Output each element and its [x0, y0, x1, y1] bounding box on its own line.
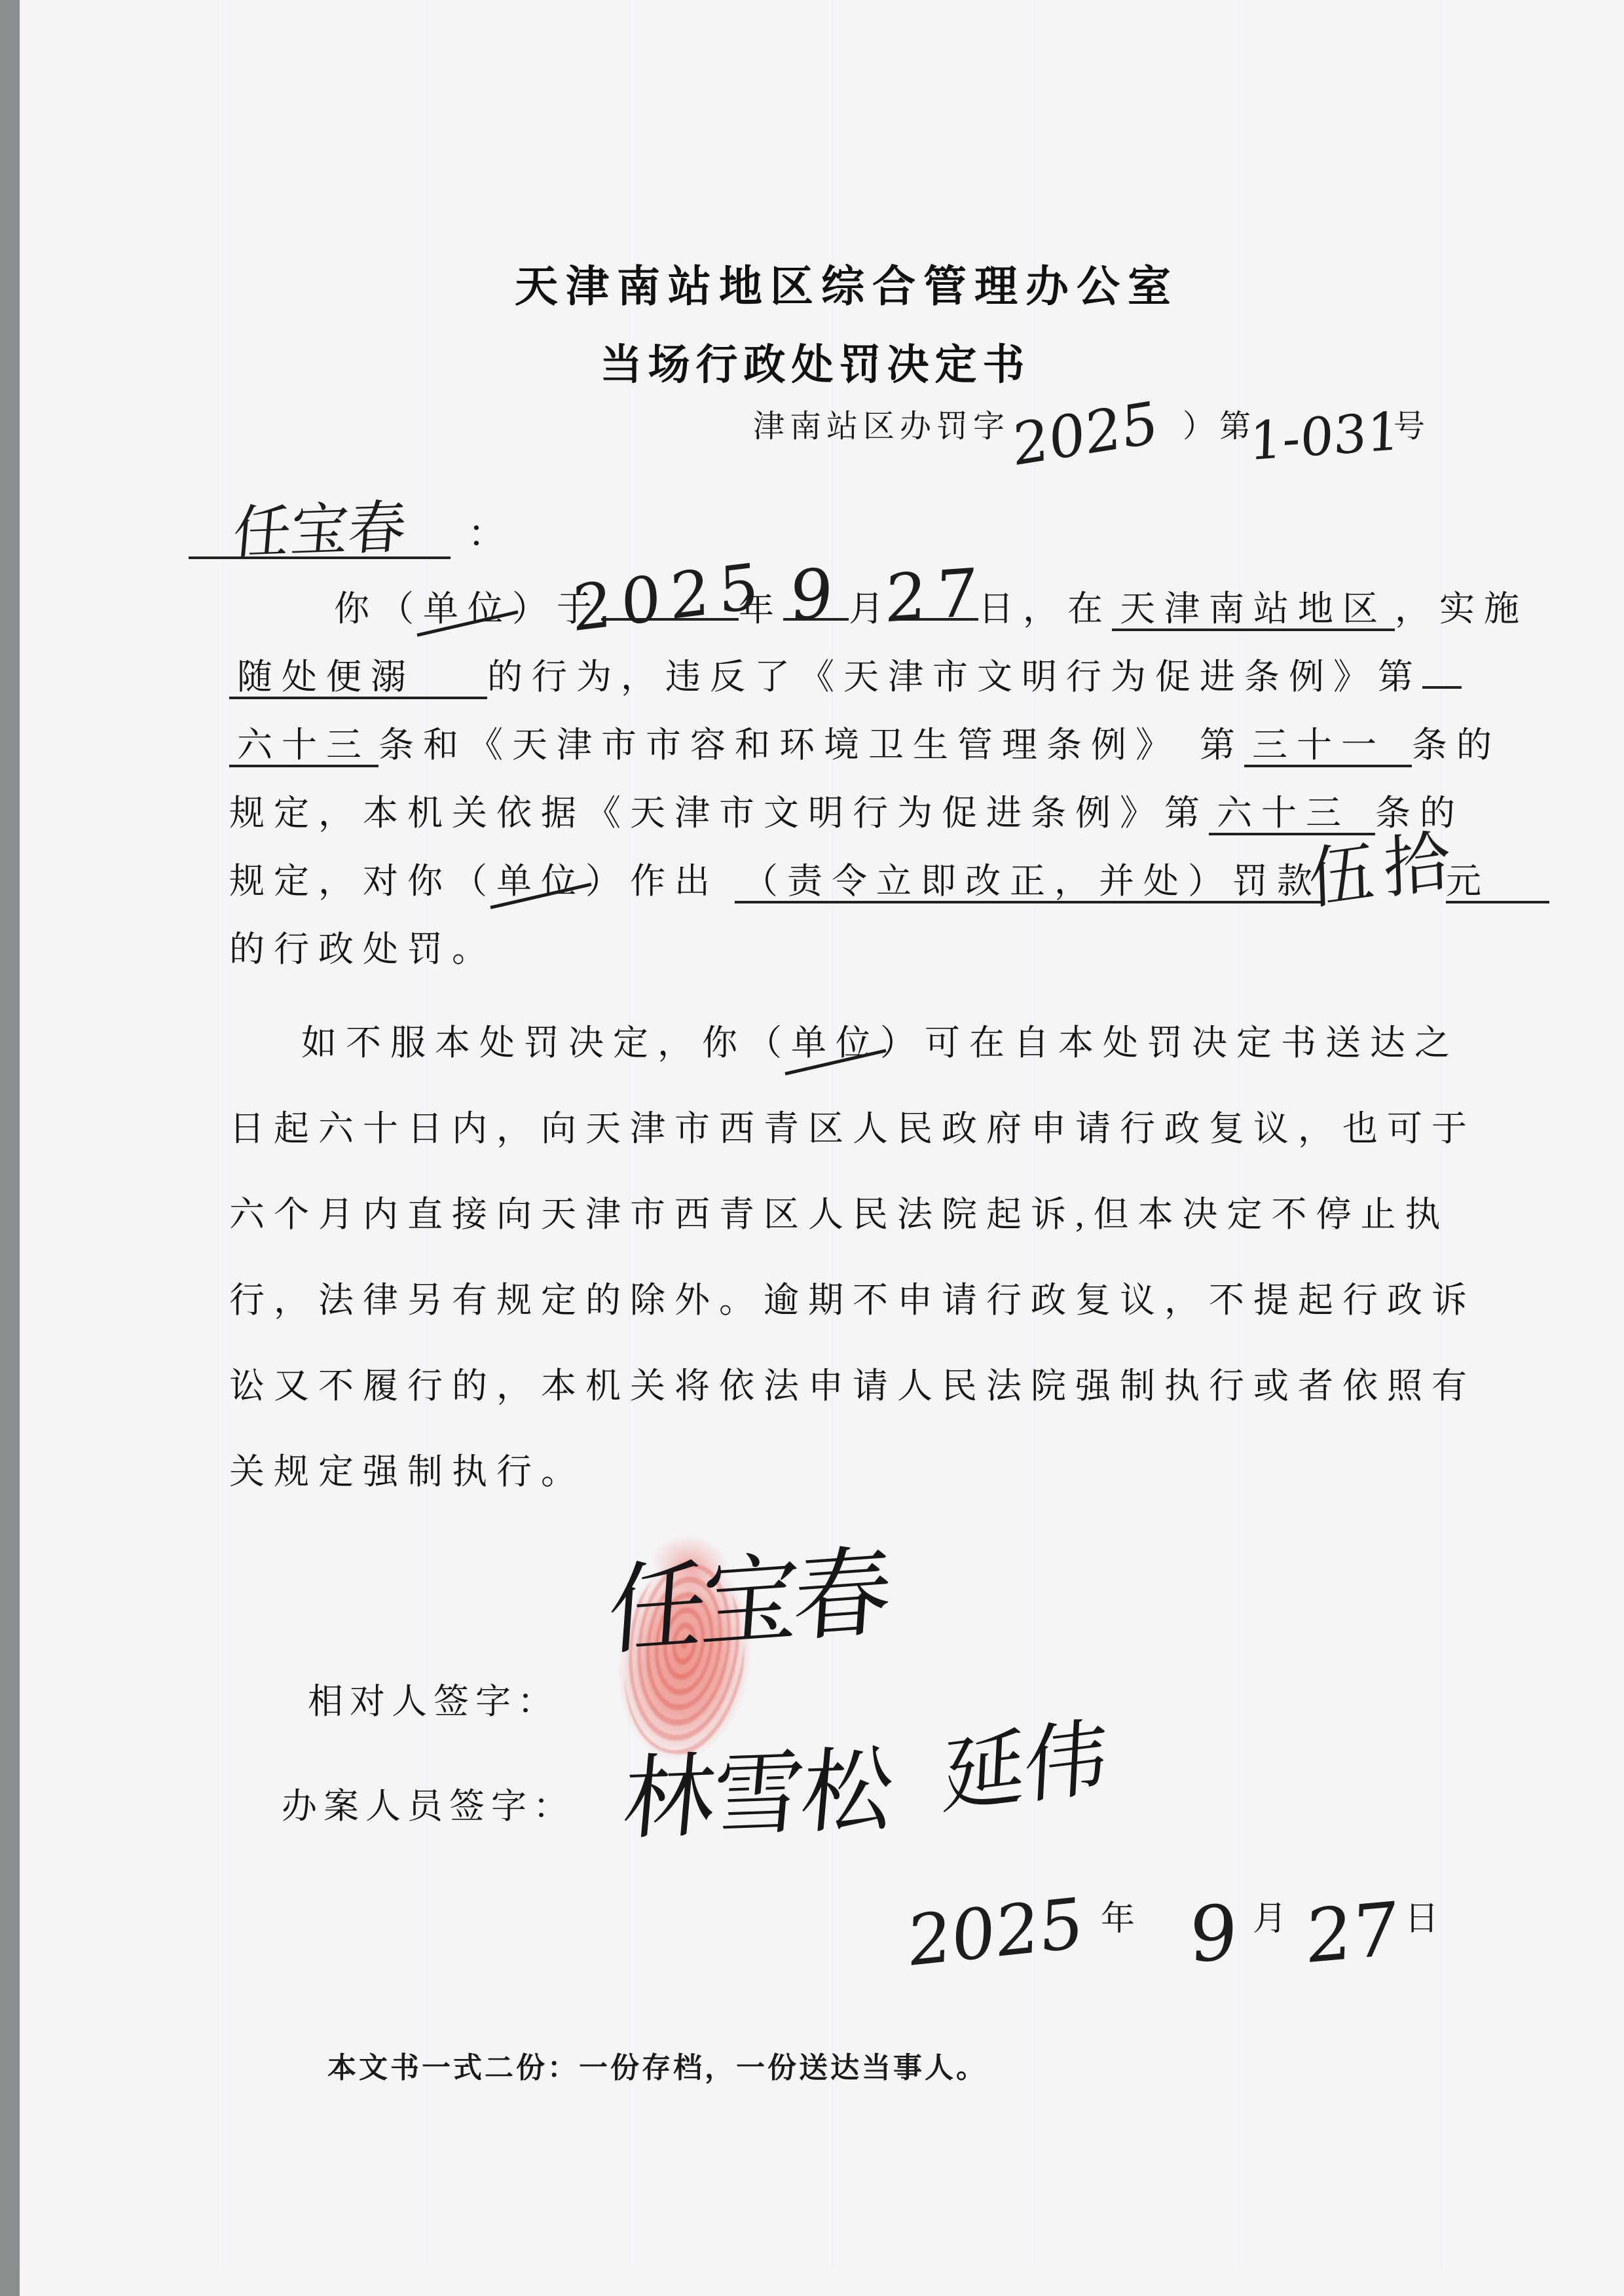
date-year-unit: 年: [1101, 1891, 1135, 1950]
date-month-handwritten: 9: [1174, 1898, 1253, 1950]
printed-text: 的行政处罚。: [229, 930, 496, 969]
officer-signature-2-handwritten: 延伟: [940, 1715, 1109, 1821]
printed-text: 讼又不履行的，本机关将依法申请人民法院强制执行或者依照有: [229, 1366, 1476, 1406]
docno-mid: ）第: [1183, 401, 1256, 452]
text-line: 规定，对你（单位）作出（责令立即改正，并处）罚款伍拾元: [229, 847, 1578, 915]
handwriting-ink: 9: [788, 559, 844, 630]
paragraph-2: 如不服本处罚决定，你（单位）可在自本处罚决定书送达之日起六十日内，向天津市西青区…: [229, 1000, 1578, 1515]
handwritten-entry: 2025: [601, 580, 739, 621]
text-line: 六个月内直接向天津市西青区人民法院起诉,但本决定不停止执: [229, 1172, 1578, 1258]
printed-text: 日，在: [978, 589, 1112, 629]
underlined-penalty-text: （责令立即改正，并处）罚款: [735, 862, 1321, 903]
struck-out-text: 单位: [791, 1000, 880, 1086]
docno-serial-handwritten: 1-031: [1256, 407, 1393, 452]
copies-note: 本文书一式二份：一份存档，一份送达当事人。: [327, 2044, 987, 2086]
text-line: 日起六十日内，向天津市西青区人民政府申请行政复议，也可于: [229, 1086, 1578, 1172]
text-line: 随处便溺的行为，违反了《天津市文明行为促进条例》第: [229, 643, 1578, 711]
docno-prefix: 津南站区办罚字: [753, 401, 1010, 452]
decision-date: 2025 年 9 月 27 日: [913, 1891, 1439, 1950]
printed-text: 条的: [1412, 725, 1501, 765]
party-signature-label: 相对人签字：: [308, 1673, 559, 1724]
document-number: 津南站区办罚字 2025 ）第 1-031 号: [753, 401, 1430, 452]
struck-out-text: 单位: [423, 575, 512, 643]
underlined-filled-blank: 随处便溺: [229, 657, 487, 699]
printed-text: 的行为，违反了《天津市文明行为促进条例》第: [487, 657, 1422, 697]
docno-year-handwritten: 2025: [1010, 407, 1160, 452]
date-month-unit: 月: [1253, 1891, 1287, 1950]
printed-text: 你（: [334, 589, 423, 629]
addressee-colon: ：: [468, 503, 506, 559]
printed-text: 条和《天津市市容和环境卫生管理条例》: [378, 725, 1180, 765]
printed-text: 关规定强制执行。: [229, 1452, 585, 1491]
printed-text: 如不服本处罚决定，你（: [301, 1023, 791, 1063]
blank-underline: [1422, 651, 1462, 689]
handwritten-entry: 27: [893, 580, 978, 621]
text-line: 关规定强制执行。: [229, 1429, 1578, 1515]
issuing-office-title: 天津南站地区综合管理办公室: [45, 251, 1624, 314]
date-year-handwritten: 2025: [913, 1898, 1077, 1950]
underlined-penalty-unit: 元: [1446, 862, 1549, 903]
officer-signature-label: 办案人员签字：: [282, 1778, 575, 1829]
underlined-filled-blank: 六十三: [1209, 793, 1375, 835]
underlined-filled-blank: 三十一: [1244, 725, 1412, 767]
addressee-line: 任宝春 ：: [189, 498, 506, 559]
date-day-unit: 日: [1405, 1891, 1439, 1950]
document-type-title: 当场行政处罚决定书: [13, 331, 1617, 392]
text-line: 如不服本处罚决定，你（单位）可在自本处罚决定书送达之: [229, 1000, 1578, 1086]
party-signature-handwritten: 任宝春: [604, 1543, 890, 1662]
printed-text: 六个月内直接向天津市西青区人民法院起诉,但本决定不停止执: [229, 1195, 1450, 1234]
underlined-filled-blank: 六十三: [229, 725, 378, 767]
scanned-penalty-document: 天津南站地区综合管理办公室 当场行政处罚决定书 津南站区办罚字 2025 ）第 …: [0, 0, 1624, 2296]
date-day-handwritten: 27: [1300, 1898, 1405, 1950]
printed-text: ，实施: [1395, 589, 1528, 629]
officer-signature-1-handwritten: 林雪松: [619, 1745, 895, 1846]
text-line: 的行政处罚。: [229, 915, 1578, 983]
text-line: 行，法律另有规定的除外。逾期不申请行政复议，不提起行政诉: [229, 1258, 1578, 1343]
handwriting-ink: 27: [884, 559, 987, 632]
underlined-filled-blank: 天津南站地区: [1112, 589, 1395, 631]
text-line: 你（单位）于2025年9月27日，在天津南站地区，实施: [229, 575, 1578, 643]
printed-text: ）可在自本处罚决定书送达之: [880, 1023, 1459, 1063]
text-line: 讼又不履行的，本机关将依法申请人民法院强制执行或者依照有: [229, 1343, 1578, 1429]
addressee-name-handwritten: 任宝春: [189, 498, 451, 559]
printed-text: 规定，本机关依据《天津市文明行为促进条例》第: [229, 793, 1209, 833]
text-line: 六十三条和《天津市市容和环境卫生管理条例》第三十一条的: [229, 711, 1578, 779]
paragraph-1: 你（单位）于2025年9月27日，在天津南站地区，实施随处便溺的行为，违反了《天…: [229, 575, 1578, 983]
printed-text: 日起六十日内，向天津市西青区人民政府申请行政复议，也可于: [229, 1109, 1476, 1148]
handwritten-entry: 伍拾: [1321, 855, 1446, 893]
printed-text: ）作出: [585, 862, 719, 901]
printed-text: 第: [1200, 725, 1244, 765]
printed-text: 规定，对你（: [229, 862, 496, 901]
handwriting-ink: 伍拾: [1307, 826, 1460, 915]
struck-out-text: 单位: [496, 847, 585, 915]
printed-text: 行，法律另有规定的除外。逾期不申请行政复议，不提起行政诉: [229, 1281, 1476, 1320]
handwritten-entry: 9: [783, 580, 849, 621]
